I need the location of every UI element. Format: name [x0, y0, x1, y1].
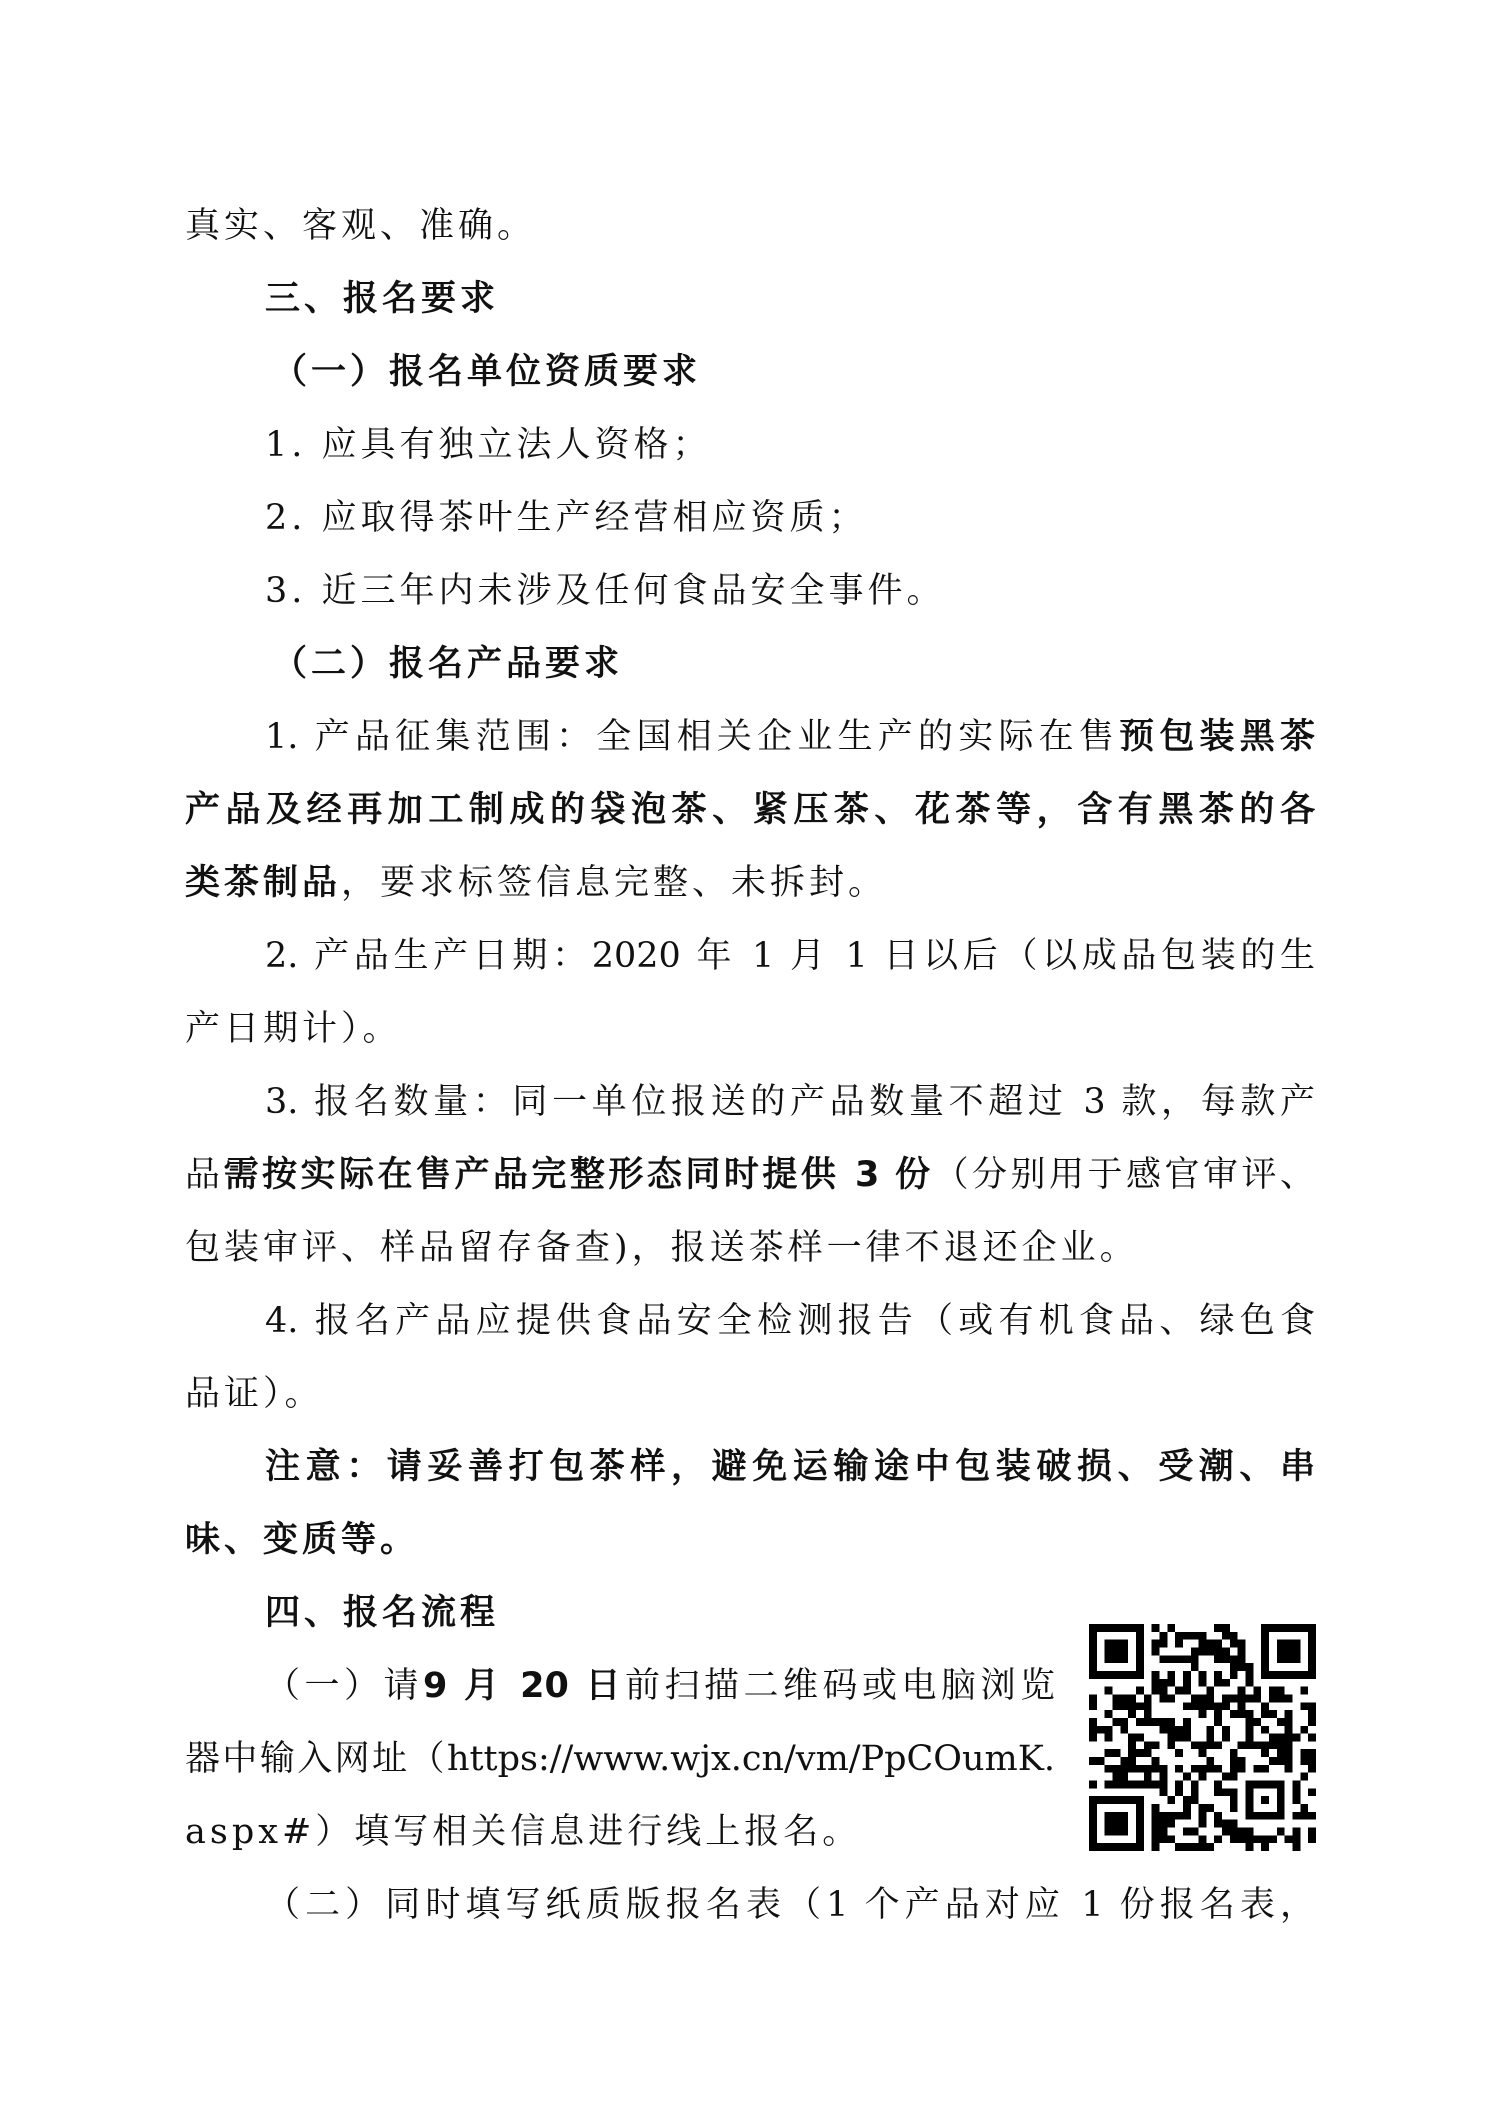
- paragraph-line: （二）同时填写纸质版报名表（1 个产品对应 1 份报名表，: [265, 1875, 1315, 1935]
- line-text: 4. 报名产品应提供食品安全检测报告（或有机食品、绿色食: [265, 1301, 1315, 1341]
- heading-text: 三、报名要求: [265, 279, 499, 319]
- section-heading-3: 三、报名要求: [265, 269, 499, 329]
- list-item-3: 3. 近三年内未涉及任何食品安全事件。: [265, 561, 946, 621]
- paragraph-line: 2. 产品生产日期：2020 年 1 月 1 日以后（以成品包装的生: [265, 926, 1315, 986]
- subsection-heading-unit-qualification: （一）报名单位资质要求: [272, 342, 701, 402]
- notice-line: 味、变质等。: [185, 1510, 419, 1570]
- paragraph-line: 产日期计）。: [185, 999, 402, 1059]
- list-item-2: 2. 应取得茶叶生产经营相应资质；: [265, 488, 868, 548]
- document-page: 真实、客观、准确。 三、报名要求 （一）报名单位资质要求 1. 应具有独立法人资…: [0, 0, 1500, 2121]
- paragraph-line: 器中输入网址（https://www.wjx.cn/vm/PpCOumK.: [185, 1729, 1055, 1789]
- paragraph-line: 类茶制品，要求标签信息完整、未拆封。: [185, 853, 887, 913]
- line-text: （一）请: [265, 1666, 423, 1706]
- heading-text: （一）报名单位资质要求: [272, 352, 701, 392]
- paragraph-line: aspx#）填写相关信息进行线上报名。: [185, 1802, 861, 1862]
- line-text-bold: 类茶制品: [185, 863, 341, 903]
- paragraph-line: 产品及经再加工制成的袋泡茶、紧压茶、花茶等，含有黑茶的各: [185, 780, 1315, 840]
- line-text: ，要求标签信息完整、未拆封。: [341, 863, 887, 903]
- paragraph-line: 3. 报名数量：同一单位报送的产品数量不超过 3 款，每款产: [265, 1072, 1315, 1132]
- paragraph-line: 包装审评、样品留存备查)，报送茶样一律不退还企业。: [185, 1218, 1139, 1278]
- list-item-1: 1. 应具有独立法人资格；: [265, 415, 712, 475]
- text-line-continuation: 真实、客观、准确。: [185, 196, 536, 256]
- heading-text: （二）报名产品要求: [272, 644, 623, 684]
- line-text: 品证）。: [185, 1374, 324, 1414]
- line-text: 2. 应取得茶叶生产经营相应资质；: [265, 498, 868, 538]
- line-text-bold: 需按实际在售产品完整形态同时提供 3 份: [224, 1155, 934, 1195]
- section-heading-4: 四、报名流程: [265, 1583, 499, 1643]
- line-text: （二）同时填写纸质版报名表（1 个产品对应 1 份报名表，: [265, 1885, 1315, 1925]
- line-text: aspx#）填写相关信息进行线上报名。: [185, 1812, 861, 1852]
- line-text: 真实、客观、准确。: [185, 206, 536, 246]
- line-text: 1. 应具有独立法人资格；: [265, 425, 712, 465]
- deadline-date: 9 月 20 日: [423, 1666, 625, 1706]
- paragraph-line: 品证）。: [185, 1364, 324, 1424]
- notice-text: 味、变质等。: [185, 1520, 419, 1560]
- paragraph-line: 1. 产品征集范围：全国相关企业生产的实际在售预包装黑茶: [265, 707, 1315, 767]
- line-text-bold: 产品及经再加工制成的袋泡茶、紧压茶、花茶等，含有黑茶的各: [185, 790, 1315, 830]
- notice-line: 注意：请妥善打包茶样，避免运输途中包装破损、受潮、串: [265, 1437, 1315, 1497]
- heading-text: 四、报名流程: [265, 1593, 499, 1633]
- line-text-bold: 预包装黑茶: [1119, 717, 1315, 757]
- paragraph-line: 品需按实际在售产品完整形态同时提供 3 份（分别用于感官审评、: [185, 1145, 1315, 1205]
- line-text: （分别用于感官审评、: [934, 1155, 1315, 1195]
- line-text: 3. 近三年内未涉及任何食品安全事件。: [265, 571, 946, 611]
- registration-url-text[interactable]: 器中输入网址（https://www.wjx.cn/vm/PpCOumK.: [185, 1739, 1055, 1779]
- line-text: 前扫描二维码或电脑浏览: [625, 1666, 1055, 1706]
- paragraph-line: （一）请9 月 20 日前扫描二维码或电脑浏览: [265, 1656, 1055, 1716]
- line-text: 品: [185, 1155, 224, 1195]
- paragraph-line: 4. 报名产品应提供食品安全检测报告（或有机食品、绿色食: [265, 1291, 1315, 1351]
- line-text: 3. 报名数量：同一单位报送的产品数量不超过 3 款，每款产: [265, 1082, 1315, 1122]
- notice-text: 注意：请妥善打包茶样，避免运输途中包装破损、受潮、串: [265, 1447, 1315, 1487]
- qr-code-icon: [1089, 1624, 1316, 1851]
- line-text: 2. 产品生产日期：2020 年 1 月 1 日以后（以成品包装的生: [265, 936, 1315, 976]
- subsection-heading-product-requirements: （二）报名产品要求: [272, 634, 623, 694]
- line-text: 包装审评、样品留存备查)，报送茶样一律不退还企业。: [185, 1228, 1139, 1268]
- line-text: 1. 产品征集范围：全国相关企业生产的实际在售: [265, 717, 1119, 757]
- line-text: 产日期计）。: [185, 1009, 402, 1049]
